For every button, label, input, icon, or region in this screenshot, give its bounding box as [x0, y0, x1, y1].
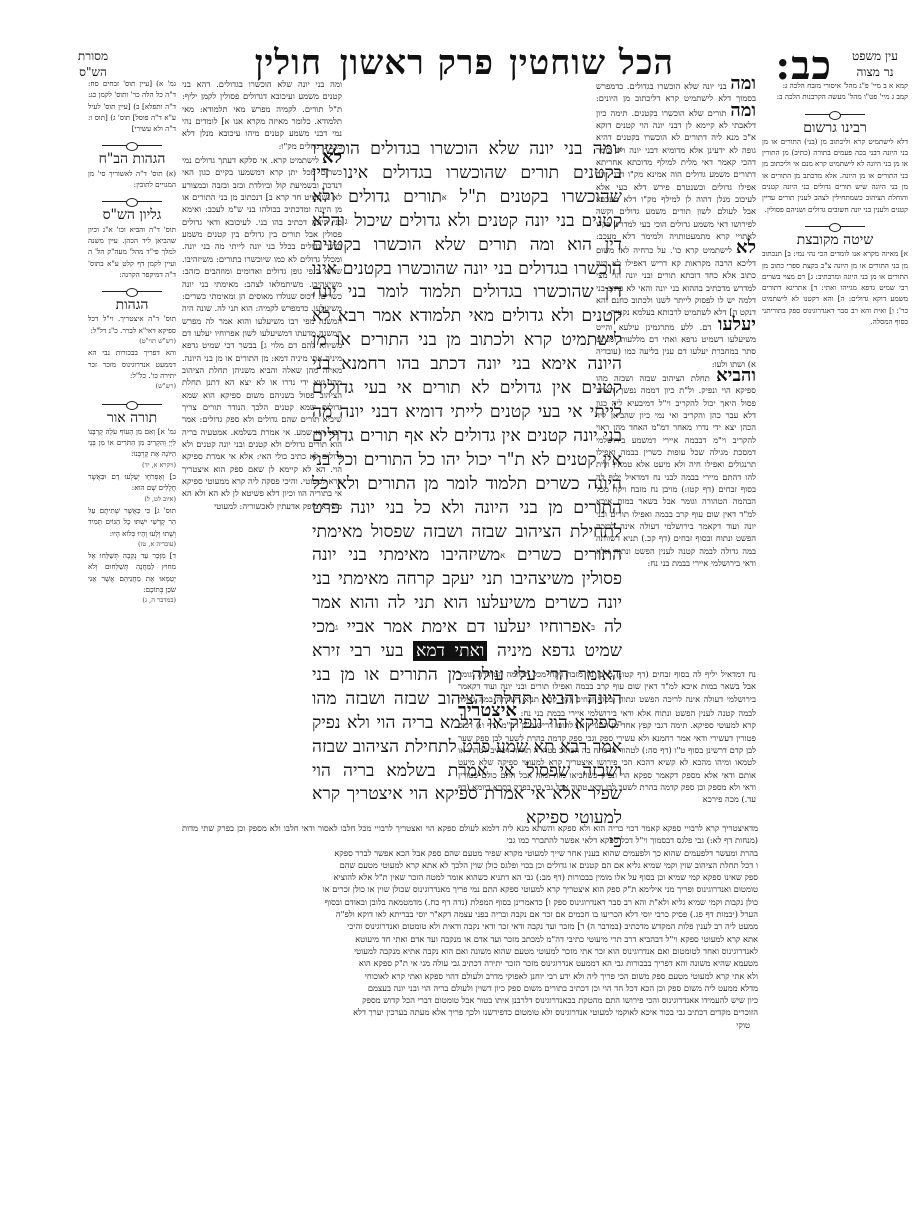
- gilyon-hashas-text: תוס' ד"ה והביא וכו' א"נ וכיון שהביאן ליד…: [88, 224, 176, 280]
- footnote-marker: ג: [345, 217, 348, 226]
- torah-or-source: (איוב לט, ל): [88, 494, 176, 505]
- ein-mishpat-label-line1: עין משפט: [846, 48, 904, 64]
- footer-line: הזוכרים מקדים דכתיב גבי בכור איכא לאוקמי…: [182, 1006, 758, 1018]
- tosafot-dibur-hamatchil: לא: [322, 147, 342, 168]
- rashi-dibur-hamatchil: לא: [736, 237, 756, 258]
- footer-line: הערל (יבמות דף פג.) פסיק כרבי יוסי דלא ה…: [182, 908, 758, 920]
- rashi-dibur-hamatchil: איצטריך: [458, 700, 517, 721]
- rashi-text: קרא למעוטי ספיקא. תימה דגבי קפץ אחד מן ה…: [458, 720, 756, 804]
- footer-commentary: מדאיצטריך קרא לרבויי ספקא קאמר דכוי בריה…: [182, 822, 758, 1031]
- torah-or-source: (עובדיה א, טז): [88, 539, 176, 550]
- ornament-divider-icon: [102, 198, 162, 206]
- rashi-dibur-hamatchil: ומה: [730, 78, 756, 94]
- footer-catchword: טוקי: [182, 1019, 758, 1031]
- footer-line: בהרת ומעשר דלפעמים שהוא כך ולפעמים שהוא …: [182, 847, 758, 859]
- masoret-hashas-label: מסורת הש"ס: [64, 48, 122, 80]
- footer-line: מדלא ממעט ליה משום ספק וכן הכא דכל חד הו…: [182, 982, 758, 994]
- masoret-label-line1: מסורת: [64, 48, 122, 64]
- hagahot-item: תוס' ד"ה איצטריך. וי"ל דכל ספיקא דאי"א ל…: [88, 313, 176, 336]
- footer-line: ולא אתי קרא למעוטי מטעם ספק משום הכי פרי…: [182, 970, 758, 982]
- tosafot-text: לישתמיט קרא. אי סלקא דעתך גדולים נמי כשר…: [182, 155, 342, 511]
- hagahot-title: הגהות: [88, 300, 176, 311]
- left-margin: גמ' א) [עיין תוס' זבחים סח: ד"ה כל הלה כ…: [88, 78, 176, 607]
- gemara-text: והלא דין הוא ומה תורים שלא הוכשרו בקטנים…: [312, 211, 622, 566]
- shita-mekubetzet-title: שיטה מקובצת: [762, 235, 908, 246]
- torah-or-item: תוס' ג] כִּי כַּאֲשֶׁר שְׁתִיתֶם עַל הַר…: [88, 505, 176, 539]
- hagahot-item: והא דפריך בבכורות נבי הא דממעט אנדרוגינו…: [88, 347, 176, 381]
- right-margin: קמא א ב מיי' פ"ג מהל' איסורי מזבח הלכה ג…: [762, 80, 908, 327]
- hagahot-habach-text: (א) תוס' ד"ה לאשוריך סי' מן המגויים לתוב…: [88, 168, 176, 191]
- ornament-divider-icon: [805, 111, 865, 119]
- torah-or-source: (ויקרא א, יד): [88, 460, 176, 471]
- footer-line: מטעמא שהיא משונה והא דפריך בבכורות גבי ה…: [182, 957, 758, 969]
- footnote-marker: א: [500, 551, 505, 560]
- hagahot-source: (רש"ש תוי"ט): [88, 336, 176, 347]
- rashi-dibur-hamatchil: יעלעו: [718, 314, 756, 335]
- ein-mishpat-label: עין משפט נר מצוה: [846, 48, 904, 80]
- footnote-marker: א: [442, 193, 447, 202]
- tosafot-text: ומה בני יונה שלא הוכשרו בגדולים. דהא בני…: [182, 79, 342, 151]
- footer-line: כולן נקבות וקמי שמיא גליא ולא"ת והא רב ס…: [182, 896, 758, 908]
- perek-label: פרק ראשון: [340, 46, 494, 80]
- rabbeinu-gershom-text: דלא לישתמיט קרא וליכתוב מן (בני) התורים …: [762, 136, 908, 215]
- torah-or-item: גמ' א] וְאִם מִן הָעוֹף עֹלָה קָרְבָּנוֹ…: [88, 426, 176, 460]
- footer-line: כיון שיש להעמידו אאנדרוגינוס והכי פירושו…: [182, 994, 758, 1006]
- rashi-dibur-hamatchil: ומה: [730, 100, 756, 121]
- shita-mekubetzet-text: א] מאיזה מקרא אנו לומדים הכי נהי נמי: ב]…: [762, 248, 908, 327]
- footnote-marker: א: [617, 145, 622, 154]
- footer-line: אתא קרא למעוטי ספקא וי"ל דבהביא דרב תרי …: [182, 933, 758, 945]
- footnote-marker: ב: [591, 623, 595, 632]
- rabbeinu-gershom-title: רבינו גרשום: [762, 123, 908, 134]
- chapter-name: הכל שוחטין: [509, 46, 674, 80]
- torah-or-item: ב] וְאֶפְרֹחָו יְעַלְעוּ דָם וּבַאֲשֶׁר …: [88, 471, 176, 494]
- ornament-divider-icon: [102, 401, 162, 409]
- rashi-continuation: נח דמדאיל יליף לה בסוף זבחים (דף קטו:) מ…: [458, 668, 756, 820]
- footer-line: ממעט ליה רב לענין פלות המקדש מדכתיב (במד…: [182, 920, 758, 932]
- ein-mishpat-label-line2: נר מצוה: [846, 64, 904, 80]
- hagahot-habach-title: הגהות הב"ח: [88, 154, 176, 165]
- ornament-divider-icon: [102, 142, 162, 150]
- ein-mishpat-entry: קמב ג מיי' פט"ו מהל' מעשה הקרבנות הלכה ב…: [762, 91, 908, 102]
- masoret-hashas-text: גמ' א) [עיין תוס' זבחים סח: ד"ה כל הלה כ…: [88, 78, 176, 134]
- footer-line: ספק שאינו ספקא קמי שמיא וכן בסוף על אלו …: [182, 871, 758, 883]
- ein-mishpat-entry: קמא א ב מיי' פ"ג מהל' איסורי מזבח הלכה ג…: [762, 80, 908, 91]
- footer-line: לאנדרוגינוס ואחד לטומטום ואם אנדרוגינוס …: [182, 945, 758, 957]
- torah-or-title: תורה אור: [88, 413, 176, 424]
- rashi-dibur-hamatchil: והביא: [716, 365, 756, 386]
- gilyon-hashas-title: גליון הש"ס: [88, 210, 176, 221]
- hagahot-source: (רש"ש): [88, 381, 176, 392]
- ornament-divider-icon: [102, 288, 162, 296]
- gemara-text: אפרוחיו יעלעו דם אימת אמר אביי: [347, 617, 591, 637]
- footer-line: טומטום ואנדרוגינוס ופריך מני אילימא ת"ק …: [182, 883, 758, 895]
- highlighted-phrase[interactable]: ואתי דמא: [413, 641, 487, 661]
- torah-or-source: (במדבר ה, ג): [88, 595, 176, 606]
- torah-or-item: ד] מִזָּכָר עַד נְקֵבָה תְּשַׁלֵּחוּ אֶל…: [88, 550, 176, 595]
- ornament-divider-icon: [805, 223, 865, 231]
- footer-line: מדאיצטריך קרא לרבויי ספקא קאמר דכוי בריה…: [182, 822, 758, 847]
- footer-line: ו דכל תחלת הציהוב שוין וקמי שמיא גליא אם…: [182, 859, 758, 871]
- tosafot-column: ומה בני יונה שלא הוכשרו בגדולים. דהא בני…: [182, 78, 342, 820]
- tractate-name: חולין: [255, 46, 322, 80]
